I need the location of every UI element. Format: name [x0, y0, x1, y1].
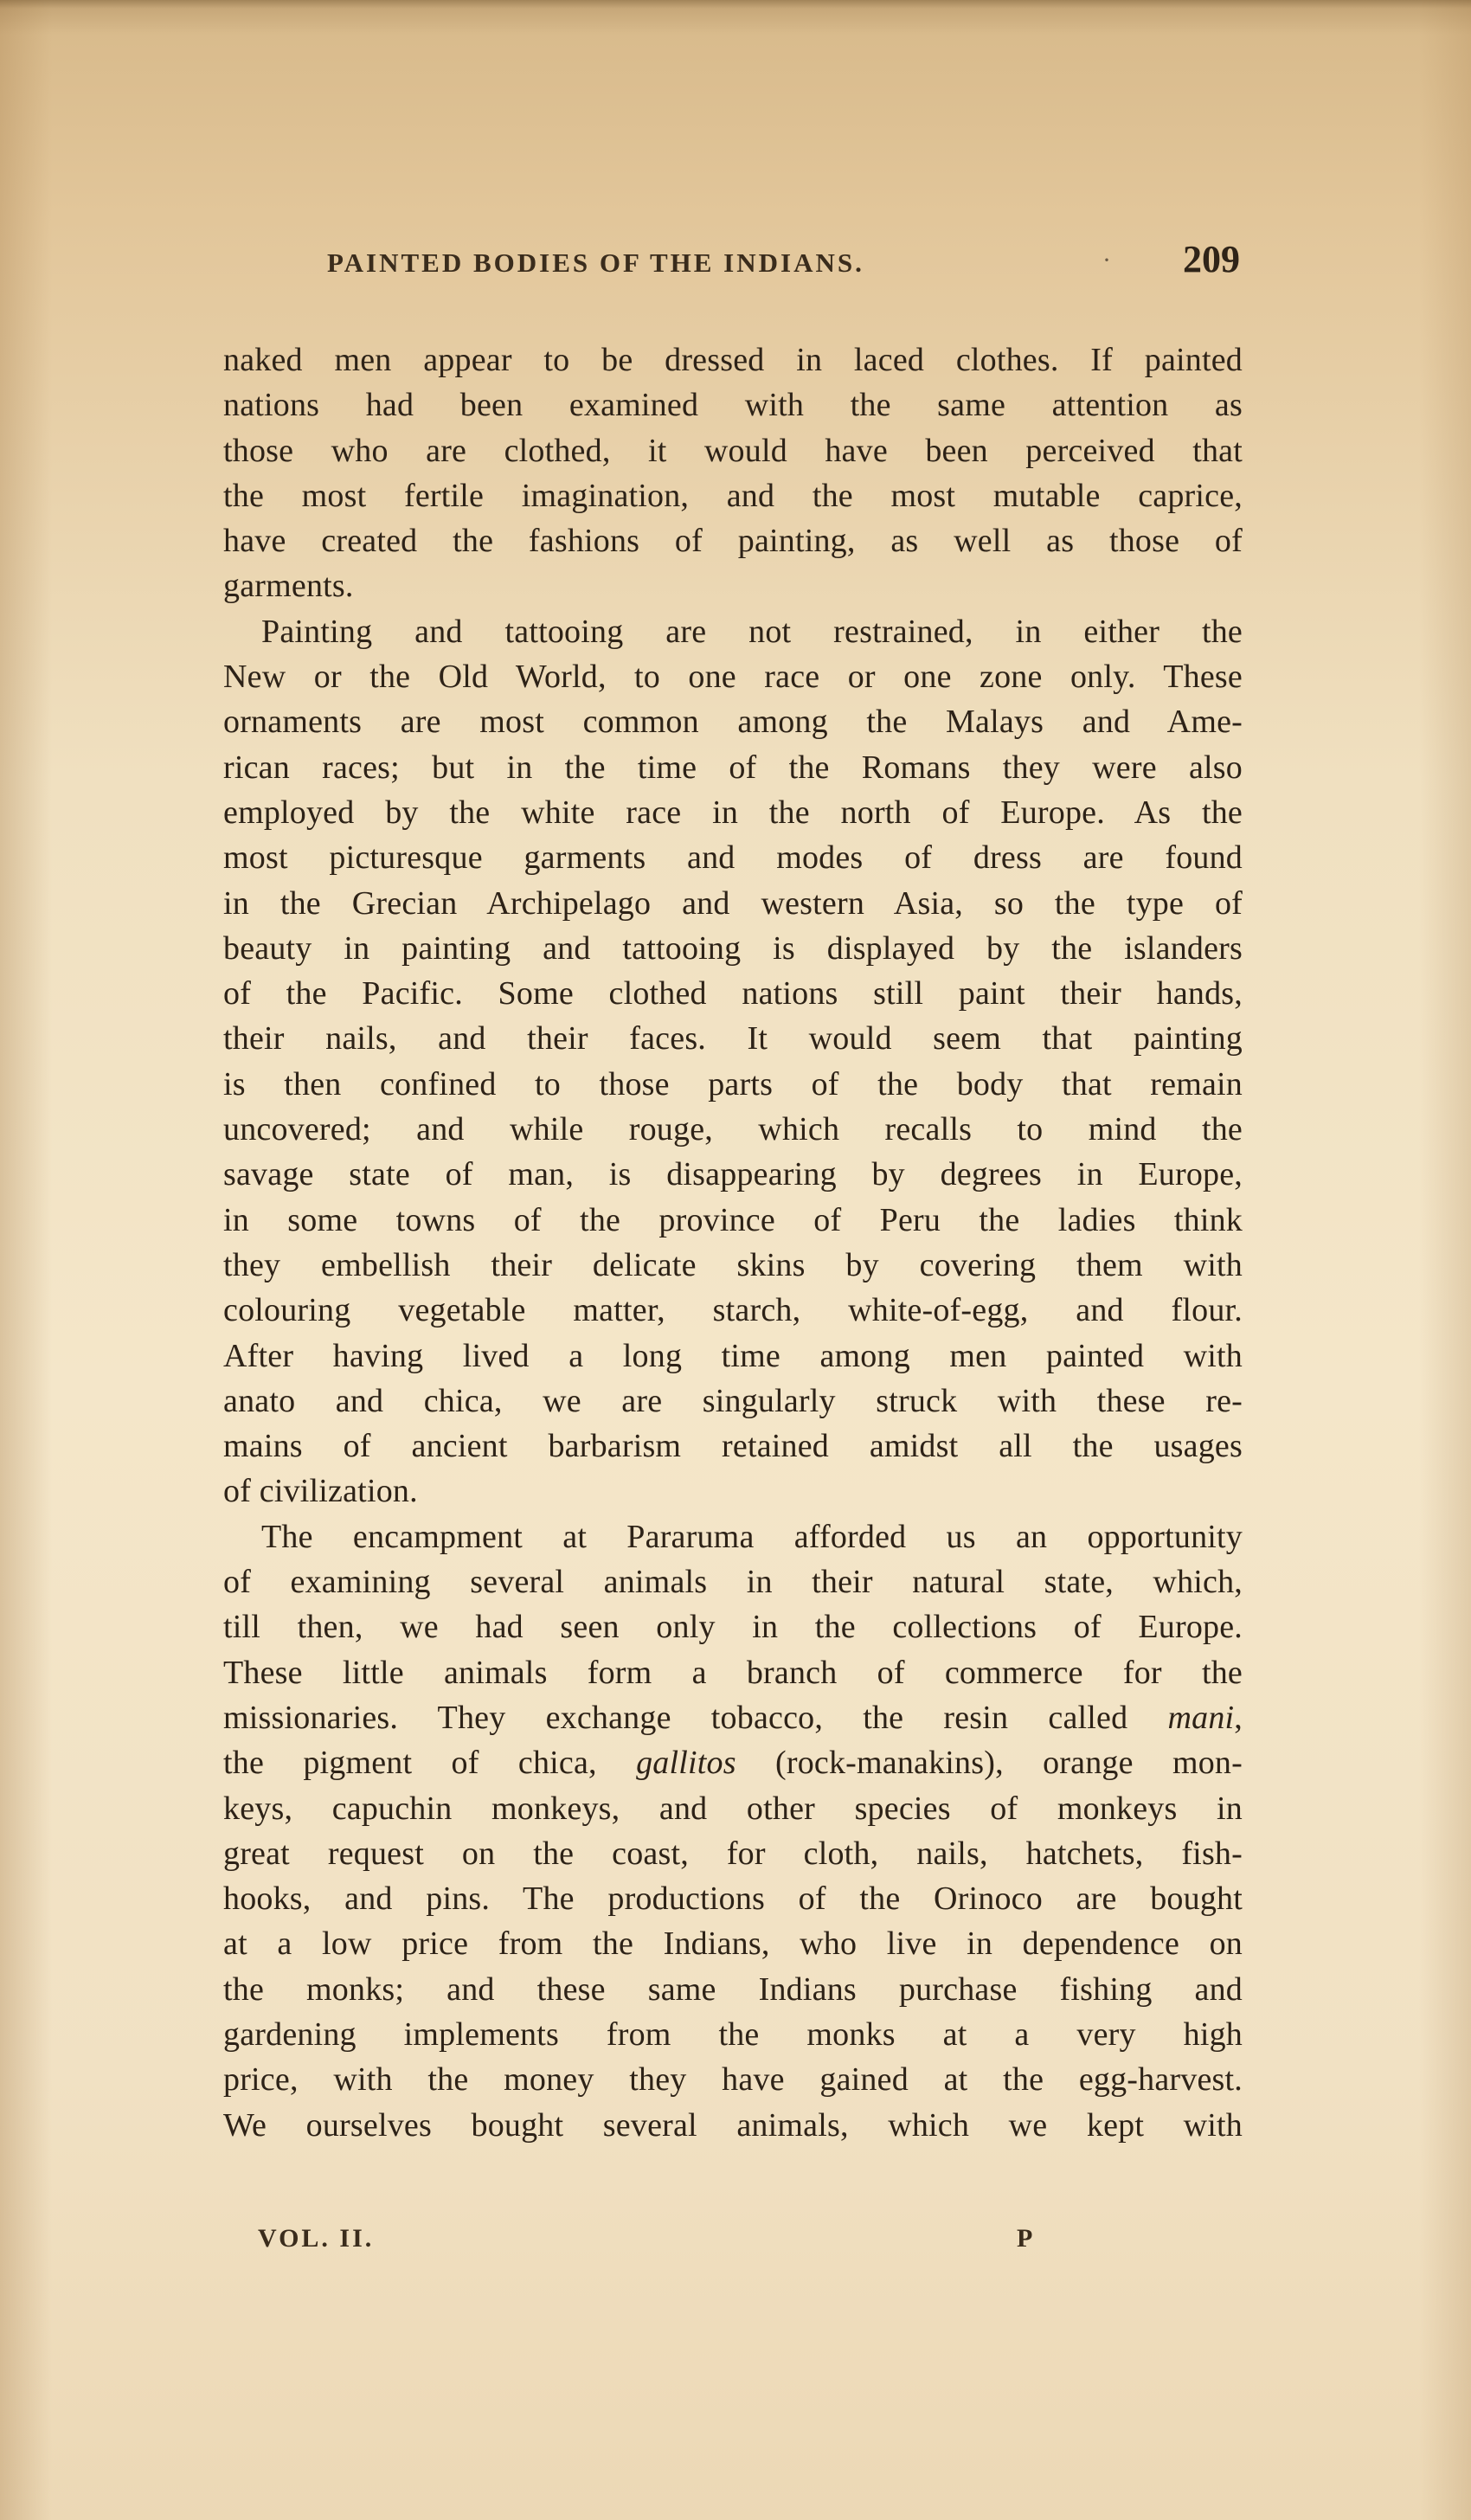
text-line: savage state of man, is disappearing by …: [223, 1152, 1243, 1197]
text-line: mains of ancient barbarism retained amid…: [223, 1424, 1243, 1469]
text-line: colouring vegetable matter, starch, whit…: [223, 1288, 1243, 1333]
text-line: in the Grecian Archipelago and western A…: [223, 881, 1243, 926]
text-line: nations had been examined with the same …: [223, 382, 1243, 427]
text-line: The encampment at Pararuma afforded us a…: [223, 1514, 1243, 1559]
page-number: 209: [1183, 237, 1240, 281]
text-line: have created the fashions of painting, a…: [223, 518, 1243, 563]
text-line: the pigment of chica, gallitos (rock-man…: [223, 1740, 1243, 1785]
text-line: garments.: [223, 563, 1243, 608]
text-line: After having lived a long time among men…: [223, 1334, 1243, 1379]
text-line: rican races; but in the time of the Roma…: [223, 745, 1243, 790]
text-line: We ourselves bought several animals, whi…: [223, 2103, 1243, 2148]
text-run: missionaries. They exchange tobacco, the…: [223, 1700, 1167, 1736]
italic-term: gallitos: [636, 1745, 736, 1781]
running-title: PAINTED BODIES OF THE INDIANS.: [327, 247, 864, 279]
text-line: at a low price from the Indians, who liv…: [223, 1921, 1243, 1966]
text-line: great request on the coast, for cloth, n…: [223, 1831, 1243, 1876]
text-line: the most fertile imagination, and the mo…: [223, 473, 1243, 518]
text-line: is then confined to those parts of the b…: [223, 1062, 1243, 1107]
book-page: PAINTED BODIES OF THE INDIANS. · 209 nak…: [0, 0, 1471, 2520]
text-line: the monks; and these same Indians purcha…: [223, 1967, 1243, 2012]
volume-label: VOL. II.: [258, 2224, 374, 2253]
text-line: These little animals form a branch of co…: [223, 1650, 1243, 1695]
text-line: of examining several animals in their na…: [223, 1559, 1243, 1604]
text-line: most picturesque garments and modes of d…: [223, 835, 1243, 880]
text-line: hooks, and pins. The productions of the …: [223, 1876, 1243, 1921]
header-separator: ·: [1102, 246, 1111, 275]
text-line: in some towns of the province of Peru th…: [223, 1198, 1243, 1243]
text-run: ,: [1234, 1700, 1243, 1736]
text-line: missionaries. They exchange tobacco, the…: [223, 1695, 1243, 1740]
text-line: keys, capuchin monkeys, and other specie…: [223, 1786, 1243, 1831]
text-line: till then, we had seen only in the colle…: [223, 1604, 1243, 1649]
italic-term: mani: [1167, 1700, 1234, 1736]
text-line: of civilization.: [223, 1469, 1243, 1514]
text-line: Painting and tattooing are not restraine…: [223, 609, 1243, 654]
text-line: gardening implements from the monks at a…: [223, 2012, 1243, 2057]
text-line: of the Pacific. Some clothed nations sti…: [223, 971, 1243, 1016]
body-text: naked men appear to be dressed in laced …: [223, 337, 1243, 2148]
text-line: they embellish their delicate skins by c…: [223, 1243, 1243, 1288]
text-line: their nails, and their faces. It would s…: [223, 1016, 1243, 1061]
text-line: beauty in painting and tattooing is disp…: [223, 926, 1243, 971]
text-run: the pigment of chica,: [223, 1745, 636, 1781]
text-line: price, with the money they have gained a…: [223, 2057, 1243, 2102]
text-run: (rock-manakins), orange mon-: [736, 1745, 1243, 1781]
text-line: anato and chica, we are singularly struc…: [223, 1379, 1243, 1424]
signature-mark: P: [1017, 2224, 1035, 2253]
text-line: New or the Old World, to one race or one…: [223, 654, 1243, 699]
text-line: naked men appear to be dressed in laced …: [223, 337, 1243, 382]
text-line: uncovered; and while rouge, which recall…: [223, 1107, 1243, 1152]
running-header: PAINTED BODIES OF THE INDIANS. · 209: [327, 235, 1240, 287]
signature-line: VOL. II. P: [258, 2224, 1123, 2267]
text-line: those who are clothed, it would have bee…: [223, 428, 1243, 473]
text-line: employed by the white race in the north …: [223, 790, 1243, 835]
text-line: ornaments are most common among the Mala…: [223, 699, 1243, 744]
